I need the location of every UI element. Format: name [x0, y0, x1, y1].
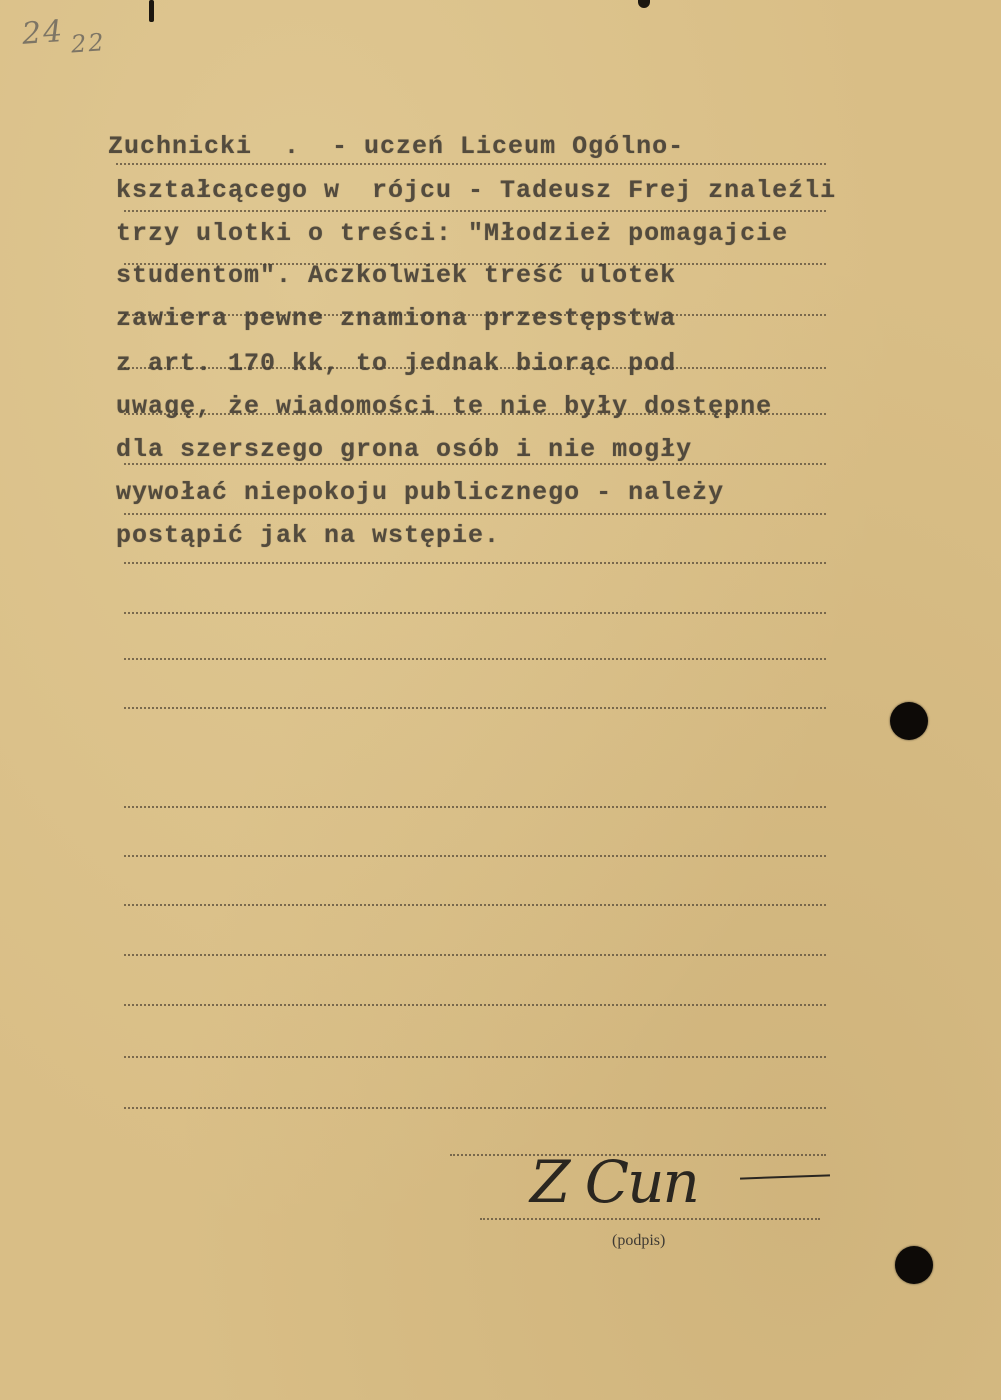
folio-mark: 24	[21, 14, 66, 52]
signature-line	[480, 1218, 820, 1220]
ruled-line	[124, 806, 826, 808]
typed-line-10: postąpić jak na wstępie.	[116, 521, 500, 550]
signature-label: (podpis)	[612, 1232, 665, 1250]
typed-line-8: dla szerszego grona osób i nie mogły	[116, 435, 692, 464]
punch-hole-bottom	[895, 1246, 933, 1284]
ruled-line	[124, 210, 826, 212]
ruled-line	[124, 1107, 826, 1109]
ruled-line	[124, 954, 826, 956]
typed-line-4: studentom". Aczkolwiek treść ulotek	[116, 261, 676, 290]
ruled-line	[124, 1056, 826, 1058]
typed-line-9: wywołać niepokoju publicznego - należy	[116, 478, 724, 507]
ruled-line	[124, 904, 826, 906]
ruled-line	[124, 1004, 826, 1006]
ruled-line	[124, 513, 826, 515]
ruled-line	[124, 562, 826, 564]
folio-annotation: 2422	[21, 11, 106, 52]
ruled-line	[124, 855, 826, 857]
typed-line-3: trzy ulotki o treści: "Młodzież pomagajc…	[116, 219, 788, 248]
folio-number: 22	[70, 28, 106, 58]
ruled-line	[124, 707, 826, 709]
typed-line-1: Zuchnicki . - uczeń Liceum Ogólno-	[108, 132, 684, 161]
punch-hole-top	[890, 702, 928, 740]
document-page: 2422 Zuchnicki . - uczeń Liceum Ogólno- …	[0, 0, 1001, 1400]
signature-flourish	[740, 1174, 830, 1179]
typed-line-2: kształcącego w rójcu - Tadeusz Frej znal…	[116, 176, 836, 205]
ruled-line	[124, 658, 826, 660]
ruled-line	[124, 612, 826, 614]
typed-line-5: zawiera pewne znamiona przestępstwa	[116, 304, 676, 333]
staple-mark-left	[149, 0, 154, 22]
ruled-line	[116, 163, 826, 165]
typed-line-6: z art. 170 kk, to jednak biorąc pod	[116, 349, 676, 378]
handwritten-signature: Z Cun	[530, 1148, 698, 1216]
typed-line-7: uwagę, że wiadomości te nie były dostępn…	[116, 392, 772, 421]
staple-mark-right	[638, 0, 650, 8]
